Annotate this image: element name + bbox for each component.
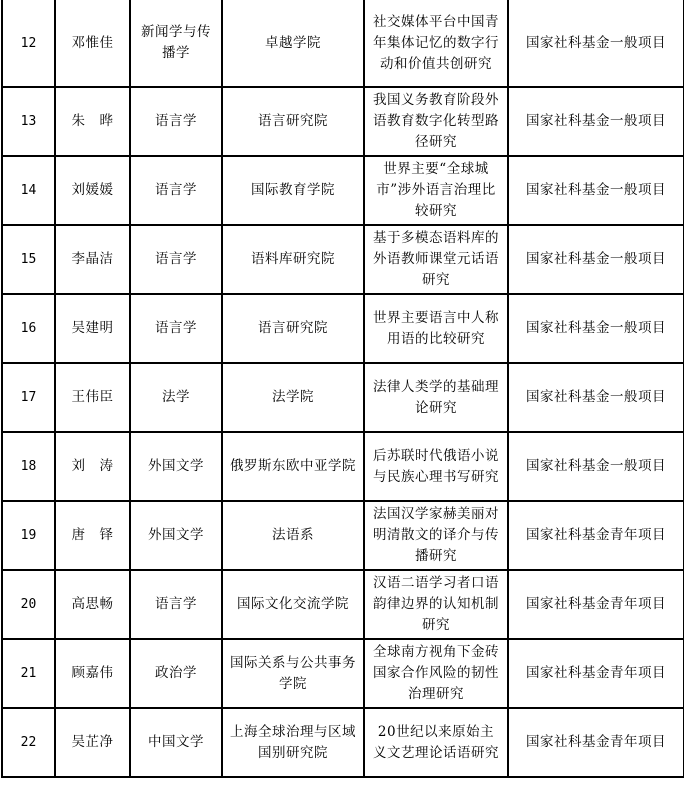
project-type: 国家社科基金一般项目 bbox=[508, 225, 684, 294]
department: 国际关系与公共事务学院 bbox=[222, 639, 364, 708]
row-number: 12 bbox=[2, 0, 55, 87]
project-title: 我国义务教育阶段外语教育数字化转型路径研究 bbox=[364, 87, 508, 156]
project-type: 国家社科基金一般项目 bbox=[508, 87, 684, 156]
project-type: 国家社科基金一般项目 bbox=[508, 432, 684, 501]
applicant-name: 王伟臣 bbox=[55, 363, 130, 432]
discipline: 外国文学 bbox=[130, 501, 222, 570]
department: 俄罗斯东欧中亚学院 bbox=[222, 432, 364, 501]
project-list-table: 12 邓惟佳 新闻学与传播学 卓越学院 社交媒体平台中国青年集体记忆的数字行动和… bbox=[1, 0, 684, 778]
table-row: 17 王伟臣 法学 法学院 法律人类学的基础理论研究 国家社科基金一般项目 bbox=[2, 363, 684, 432]
department: 法学院 bbox=[222, 363, 364, 432]
row-number: 14 bbox=[2, 156, 55, 225]
project-title: 基于多模态语料库的外语教师课堂元话语研究 bbox=[364, 225, 508, 294]
table-row: 20 高思畅 语言学 国际文化交流学院 汉语二语学习者口语韵律边界的认知机制研究… bbox=[2, 570, 684, 639]
project-type: 国家社科基金青年项目 bbox=[508, 501, 684, 570]
discipline: 中国文学 bbox=[130, 708, 222, 777]
applicant-name: 高思畅 bbox=[55, 570, 130, 639]
row-number: 18 bbox=[2, 432, 55, 501]
project-title: 后苏联时代俄语小说与民族心理书写研究 bbox=[364, 432, 508, 501]
table-row: 21 顾嘉伟 政治学 国际关系与公共事务学院 全球南方视角下金砖国家合作风险的韧… bbox=[2, 639, 684, 708]
discipline: 外国文学 bbox=[130, 432, 222, 501]
table-row: 16 吴建明 语言学 语言研究院 世界主要语言中人称用语的比较研究 国家社科基金… bbox=[2, 294, 684, 363]
row-number: 13 bbox=[2, 87, 55, 156]
department: 法语系 bbox=[222, 501, 364, 570]
discipline: 语言学 bbox=[130, 570, 222, 639]
project-type: 国家社科基金青年项目 bbox=[508, 708, 684, 777]
department: 卓越学院 bbox=[222, 0, 364, 87]
discipline: 语言学 bbox=[130, 156, 222, 225]
project-title: 全球南方视角下金砖国家合作风险的韧性治理研究 bbox=[364, 639, 508, 708]
department: 上海全球治理与区域国别研究院 bbox=[222, 708, 364, 777]
project-type: 国家社科基金青年项目 bbox=[508, 570, 684, 639]
discipline: 语言学 bbox=[130, 225, 222, 294]
project-title: 20世纪以来原始主义文艺理论话语研究 bbox=[364, 708, 508, 777]
applicant-name: 吴芷净 bbox=[55, 708, 130, 777]
department: 国际教育学院 bbox=[222, 156, 364, 225]
project-title: 法国汉学家赫美丽对明清散文的译介与传播研究 bbox=[364, 501, 508, 570]
table-row: 14 刘媛媛 语言学 国际教育学院 世界主要“全球城市”涉外语言治理比较研究 国… bbox=[2, 156, 684, 225]
project-title: 法律人类学的基础理论研究 bbox=[364, 363, 508, 432]
applicant-name: 朱 晔 bbox=[55, 87, 130, 156]
applicant-name: 刘媛媛 bbox=[55, 156, 130, 225]
project-title: 世界主要“全球城市”涉外语言治理比较研究 bbox=[364, 156, 508, 225]
table-row: 12 邓惟佳 新闻学与传播学 卓越学院 社交媒体平台中国青年集体记忆的数字行动和… bbox=[2, 0, 684, 87]
project-type: 国家社科基金青年项目 bbox=[508, 639, 684, 708]
discipline: 新闻学与传播学 bbox=[130, 0, 222, 87]
table-row: 18 刘 涛 外国文学 俄罗斯东欧中亚学院 后苏联时代俄语小说与民族心理书写研究… bbox=[2, 432, 684, 501]
row-number: 19 bbox=[2, 501, 55, 570]
discipline: 政治学 bbox=[130, 639, 222, 708]
department: 国际文化交流学院 bbox=[222, 570, 364, 639]
department: 语言研究院 bbox=[222, 87, 364, 156]
row-number: 20 bbox=[2, 570, 55, 639]
table-row: 22 吴芷净 中国文学 上海全球治理与区域国别研究院 20世纪以来原始主义文艺理… bbox=[2, 708, 684, 777]
row-number: 17 bbox=[2, 363, 55, 432]
discipline: 语言学 bbox=[130, 87, 222, 156]
row-number: 15 bbox=[2, 225, 55, 294]
table-row: 19 唐 铎 外国文学 法语系 法国汉学家赫美丽对明清散文的译介与传播研究 国家… bbox=[2, 501, 684, 570]
applicant-name: 刘 涛 bbox=[55, 432, 130, 501]
project-type: 国家社科基金一般项目 bbox=[508, 156, 684, 225]
applicant-name: 顾嘉伟 bbox=[55, 639, 130, 708]
project-title: 世界主要语言中人称用语的比较研究 bbox=[364, 294, 508, 363]
discipline: 语言学 bbox=[130, 294, 222, 363]
project-title: 汉语二语学习者口语韵律边界的认知机制研究 bbox=[364, 570, 508, 639]
department: 语言研究院 bbox=[222, 294, 364, 363]
applicant-name: 吴建明 bbox=[55, 294, 130, 363]
applicant-name: 唐 铎 bbox=[55, 501, 130, 570]
project-type: 国家社科基金一般项目 bbox=[508, 363, 684, 432]
row-number: 16 bbox=[2, 294, 55, 363]
department: 语料库研究院 bbox=[222, 225, 364, 294]
table-row: 13 朱 晔 语言学 语言研究院 我国义务教育阶段外语教育数字化转型路径研究 国… bbox=[2, 87, 684, 156]
project-type: 国家社科基金一般项目 bbox=[508, 294, 684, 363]
discipline: 法学 bbox=[130, 363, 222, 432]
applicant-name: 李晶洁 bbox=[55, 225, 130, 294]
table-row: 15 李晶洁 语言学 语料库研究院 基于多模态语料库的外语教师课堂元话语研究 国… bbox=[2, 225, 684, 294]
applicant-name: 邓惟佳 bbox=[55, 0, 130, 87]
row-number: 21 bbox=[2, 639, 55, 708]
project-type: 国家社科基金一般项目 bbox=[508, 0, 684, 87]
project-title: 社交媒体平台中国青年集体记忆的数字行动和价值共创研究 bbox=[364, 0, 508, 87]
row-number: 22 bbox=[2, 708, 55, 777]
